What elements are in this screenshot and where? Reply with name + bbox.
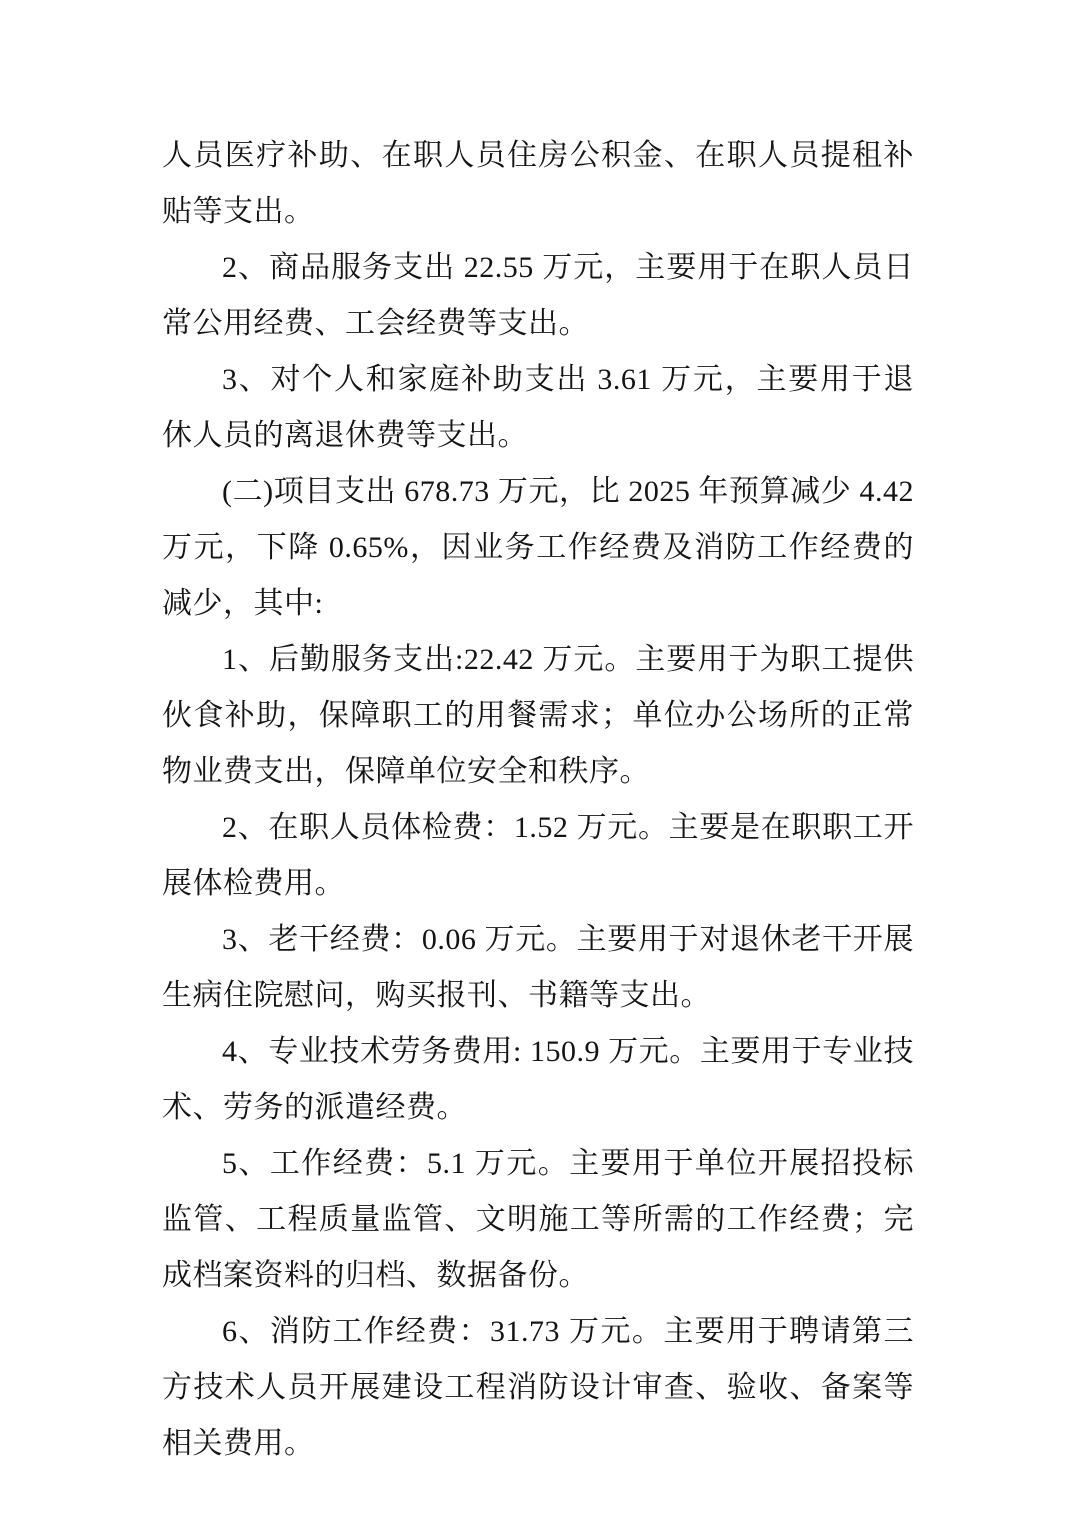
paragraph-item-4-technical-labor: 4、专业技术劳务费用: 150.9 万元。主要用于专业技术、劳务的派遣经费。 — [162, 1024, 914, 1136]
paragraph-item-2-physical-exam: 2、在职人员体检费：1.52 万元。主要是在职职工开展体检费用。 — [162, 800, 914, 912]
paragraph-item-3-retired-cadre: 3、老干经费：0.06 万元。主要用于对退休老干开展生病住院慰问，购买报刊、书籍… — [162, 912, 914, 1024]
paragraph-continuation: 人员医疗补助、在职人员住房公积金、在职人员提租补贴等支出。 — [162, 128, 914, 240]
paragraph-section-2-project-expenditure: (二)项目支出 678.73 万元，比 2025 年预算减少 4.42 万元，下… — [162, 464, 914, 632]
paragraph-item-6-fire-work-funds: 6、消防工作经费：31.73 万元。主要用于聘请第三方技术人员开展建设工程消防设… — [162, 1304, 914, 1472]
paragraph-item-2-goods-services: 2、商品服务支出 22.55 万元，主要用于在职人员日常公用经费、工会经费等支出… — [162, 240, 914, 352]
document-page: 人员医疗补助、在职人员住房公积金、在职人员提租补贴等支出。 2、商品服务支出 2… — [0, 0, 1074, 1520]
paragraph-item-3-individual-family-subsidy: 3、对个人和家庭补助支出 3.61 万元，主要用于退休人员的离退休费等支出。 — [162, 352, 914, 464]
paragraph-item-5-work-funds: 5、工作经费：5.1 万元。主要用于单位开展招投标监管、工程质量监管、文明施工等… — [162, 1136, 914, 1304]
document-body: 人员医疗补助、在职人员住房公积金、在职人员提租补贴等支出。 2、商品服务支出 2… — [162, 128, 914, 1472]
paragraph-item-1-logistics: 1、后勤服务支出:22.42 万元。主要用于为职工提供伙食补助，保障职工的用餐需… — [162, 632, 914, 800]
